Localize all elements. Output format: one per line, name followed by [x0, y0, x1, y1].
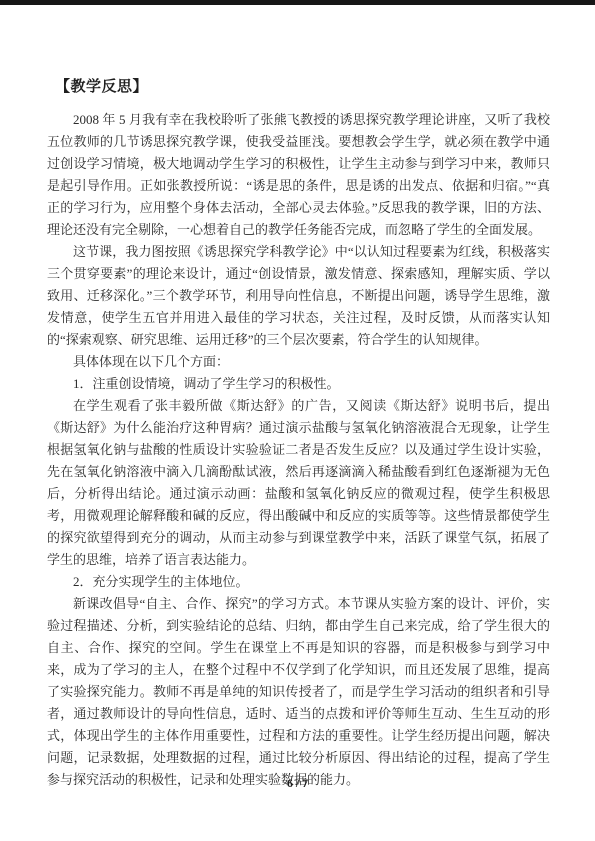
paragraph-point-1: 在学生观看了张丰毅所做《斯达舒》的广告，又阅读《斯达舒》说明书后，提出《斯达舒》…: [47, 395, 550, 571]
top-border-bar: [0, 0, 595, 5]
paragraph-lead-in: 具体体现在以下几个方面：: [47, 351, 550, 373]
document-page: 【教学反思】 2008 年 5 月我有幸在我校聆听了张熊飞教授的诱思探究教学理论…: [0, 0, 595, 841]
document-body: 2008 年 5 月我有幸在我校聆听了张熊飞教授的诱思探究教学理论讲座，又听了我…: [47, 109, 550, 791]
paragraph-point-2: 新课改倡导“自主、合作、探究”的学习方式。本节课从实验方案的设计、评价，实验过程…: [47, 593, 550, 791]
list-item-1-title: 1．注重创设情境，调动了学生学习的积极性。: [47, 373, 550, 395]
page-number: 6 / 7: [0, 776, 595, 791]
paragraph-lesson-design: 这节课，我力图按照《诱思探究学科教学论》中“以认知过程要素为红线，积极落实三个贯…: [47, 241, 550, 351]
list-item-2-title: 2．充分实现学生的主体地位。: [47, 571, 550, 593]
paragraph-intro: 2008 年 5 月我有幸在我校聆听了张熊飞教授的诱思探究教学理论讲座，又听了我…: [47, 109, 550, 241]
section-heading: 【教学反思】: [55, 75, 148, 96]
